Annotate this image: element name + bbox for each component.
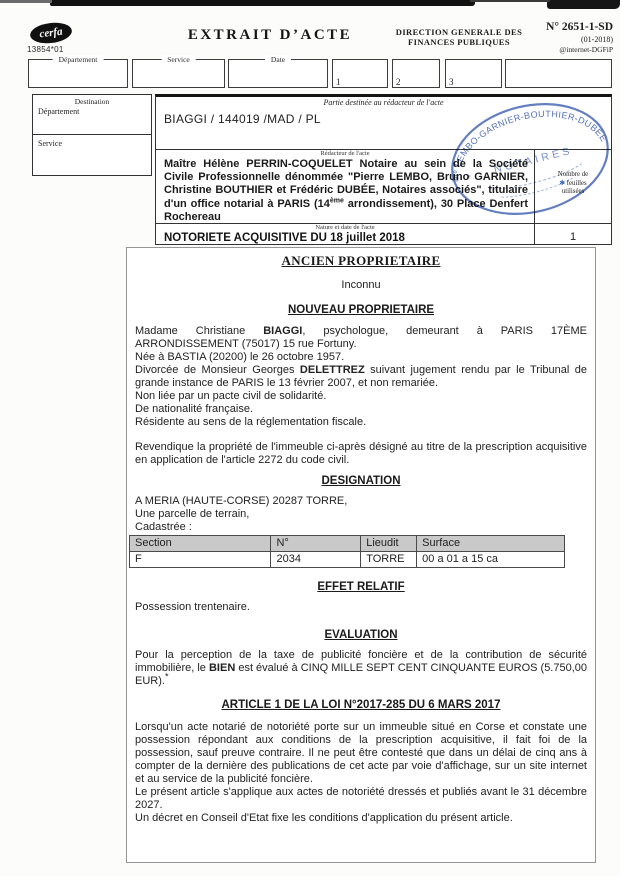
evaluation-bien: BIEN: [209, 662, 235, 674]
scan-edge-line-right: [470, 0, 550, 2]
redactor-text: Maître Hélène PERRIN-COQUELET Notaire au…: [164, 158, 528, 224]
cadastre-header-numero: N°: [271, 536, 361, 552]
departement-field-label: Département: [53, 55, 104, 64]
cadastre-table: Section N° Lieudit Surface F 2034 TORRE …: [129, 535, 565, 568]
destination-service-label: Service: [38, 139, 62, 148]
sheets-column: Nombre de ✱ feuilles utilisées 1: [534, 149, 611, 244]
evaluation-paragraph: Pour la perception de la taxe de publici…: [135, 649, 587, 688]
sheets-label-line2: ✱ feuilles: [535, 180, 611, 189]
owner-identity-paragraph: Madame Christiane BIAGGI, psychologue, d…: [135, 325, 587, 351]
section-title-ancien-proprietaire: ANCIEN PROPRIETAIRE: [135, 254, 587, 267]
cadastre-cell-lieudit: TORRE: [361, 552, 417, 568]
cadastre-intro-line: Cadastrée :: [135, 521, 587, 534]
form-channel: @internet-DGFiP: [505, 45, 613, 54]
sheets-label: Nombre de ✱ feuilles utilisées: [535, 171, 611, 197]
section-title-article-loi: ARTICLE 1 DE LA LOI N°2017-285 DU 6 MARS…: [135, 699, 587, 712]
effet-relatif-paragraph: Possession trentenaire.: [135, 601, 587, 614]
sheets-star-icon: ✱: [559, 180, 565, 187]
section-title-designation: DESIGNATION: [135, 475, 587, 488]
sheets-count-value: 1: [535, 231, 611, 243]
numbered-box-1: 1: [332, 59, 388, 88]
section-title-evaluation: EVALUATION: [135, 629, 587, 642]
cerfa-logo-text: cerfa: [39, 26, 64, 41]
redacteur-label: Rédacteur de l'acte: [156, 150, 534, 157]
owner-name: BIAGGI: [263, 325, 302, 337]
destination-title: Destination: [33, 95, 151, 106]
property-type-line: Une parcelle de terrain,: [135, 508, 587, 521]
section-title-nouveau-proprietaire: NOUVEAU PROPRIETAIRE: [135, 304, 587, 317]
cadastre-cell-surface: 00 a 01 a 15 ca: [417, 552, 565, 568]
service-field-box: Service: [132, 59, 225, 88]
cerfa-number: 13854*01: [27, 45, 64, 54]
cadastre-data-row: F 2034 TORRE 00 a 01 a 15 ca: [130, 552, 565, 568]
article-paragraph-2: Le présent article s'applique aux actes …: [135, 786, 587, 812]
cadastre-header-section: Section: [130, 536, 271, 552]
numbered-box-4: [505, 59, 612, 88]
date-field-label: Date: [265, 55, 291, 64]
sheets-label-line3: utilisées: [535, 188, 611, 197]
cerfa-logo: cerfa: [29, 21, 73, 46]
box-number-2: 2: [396, 77, 401, 87]
nature-value: NOTORIETE ACQUISITIVE DU 18 juillet 2018: [164, 232, 405, 244]
scan-edge-line-left: [0, 0, 52, 3]
form-reference-block: N° 2651-1-SD (01-2018) @internet-DGFiP: [505, 21, 613, 54]
scan-edge-band: [50, 0, 475, 6]
numbered-box-2: 2: [392, 59, 440, 88]
file-reference: BIAGGI / 144019 /MAD / PL: [164, 112, 321, 126]
scan-edge-blob: [547, 0, 620, 9]
document-page: cerfa 13854*01 EXTRAIT D’ACTE DIRECTION …: [0, 0, 620, 876]
cadastre-cell-numero: 2034: [271, 552, 361, 568]
form-version: (01-2018): [505, 35, 613, 44]
owner-divorce-line: Divorcée de Monsieur Georges DELETTREZ s…: [135, 364, 587, 390]
section-title-effet-relatif: EFFET RELATIF: [135, 581, 587, 594]
sheets-label-line1: Nombre de: [535, 171, 611, 180]
redactor-strip-title: Partie destinée au rédacteur de l'acte: [156, 97, 611, 107]
article-paragraph-3: Un décret en Conseil d'Etat fixe les con…: [135, 812, 587, 825]
form-number: N° 2651-1-SD: [505, 21, 613, 33]
box-number-1: 1: [336, 77, 341, 87]
numbered-box-3: 3: [445, 59, 502, 88]
ex-spouse-name: DELETTREZ: [300, 364, 365, 376]
page-title: EXTRAIT D’ACTE: [150, 27, 390, 44]
owner-nationality-line: De nationalité française.: [135, 403, 587, 416]
destination-departement-label: Département: [38, 107, 79, 116]
cadastre-header-row: Section N° Lieudit Surface: [130, 536, 565, 552]
cadastre-header-lieudit: Lieudit: [361, 536, 417, 552]
claim-paragraph: Revendique la propriété de l'immeuble ci…: [135, 441, 587, 467]
nature-label: Nature et date de l'acte: [156, 224, 534, 231]
destination-divider: [33, 134, 151, 135]
ancien-proprietaire-value: Inconnu: [135, 279, 587, 292]
service-field-label: Service: [161, 55, 196, 64]
act-body: ANCIEN PROPRIETAIRE Inconnu NOUVEAU PROP…: [126, 247, 596, 863]
date-field-box: Date: [228, 59, 328, 88]
redactor-section-box: Partie destinée au rédacteur de l'acte B…: [155, 94, 612, 245]
box-number-3: 3: [449, 77, 454, 87]
property-location-line: A MERIA (HAUTE-CORSE) 20287 TORRE,: [135, 495, 587, 508]
cadastre-cell-section: F: [130, 552, 271, 568]
article-paragraph-1: Lorsqu'un acte notarié de notoriété port…: [135, 721, 587, 786]
owner-pacs-line: Non liée par un pacte civil de solidarit…: [135, 390, 587, 403]
redactor-text-sup: ème: [330, 197, 344, 204]
evaluation-footnote-mark: *: [165, 671, 169, 681]
departement-field-box: Département: [28, 59, 128, 88]
cadastre-header-surface: Surface: [417, 536, 565, 552]
owner-birth-line: Née à BASTIA (20200) le 26 octobre 1957.: [135, 351, 587, 364]
destination-box: Destination Département Service: [32, 94, 152, 176]
owner-residence-line: Résidente au sens de la réglementation f…: [135, 416, 587, 429]
